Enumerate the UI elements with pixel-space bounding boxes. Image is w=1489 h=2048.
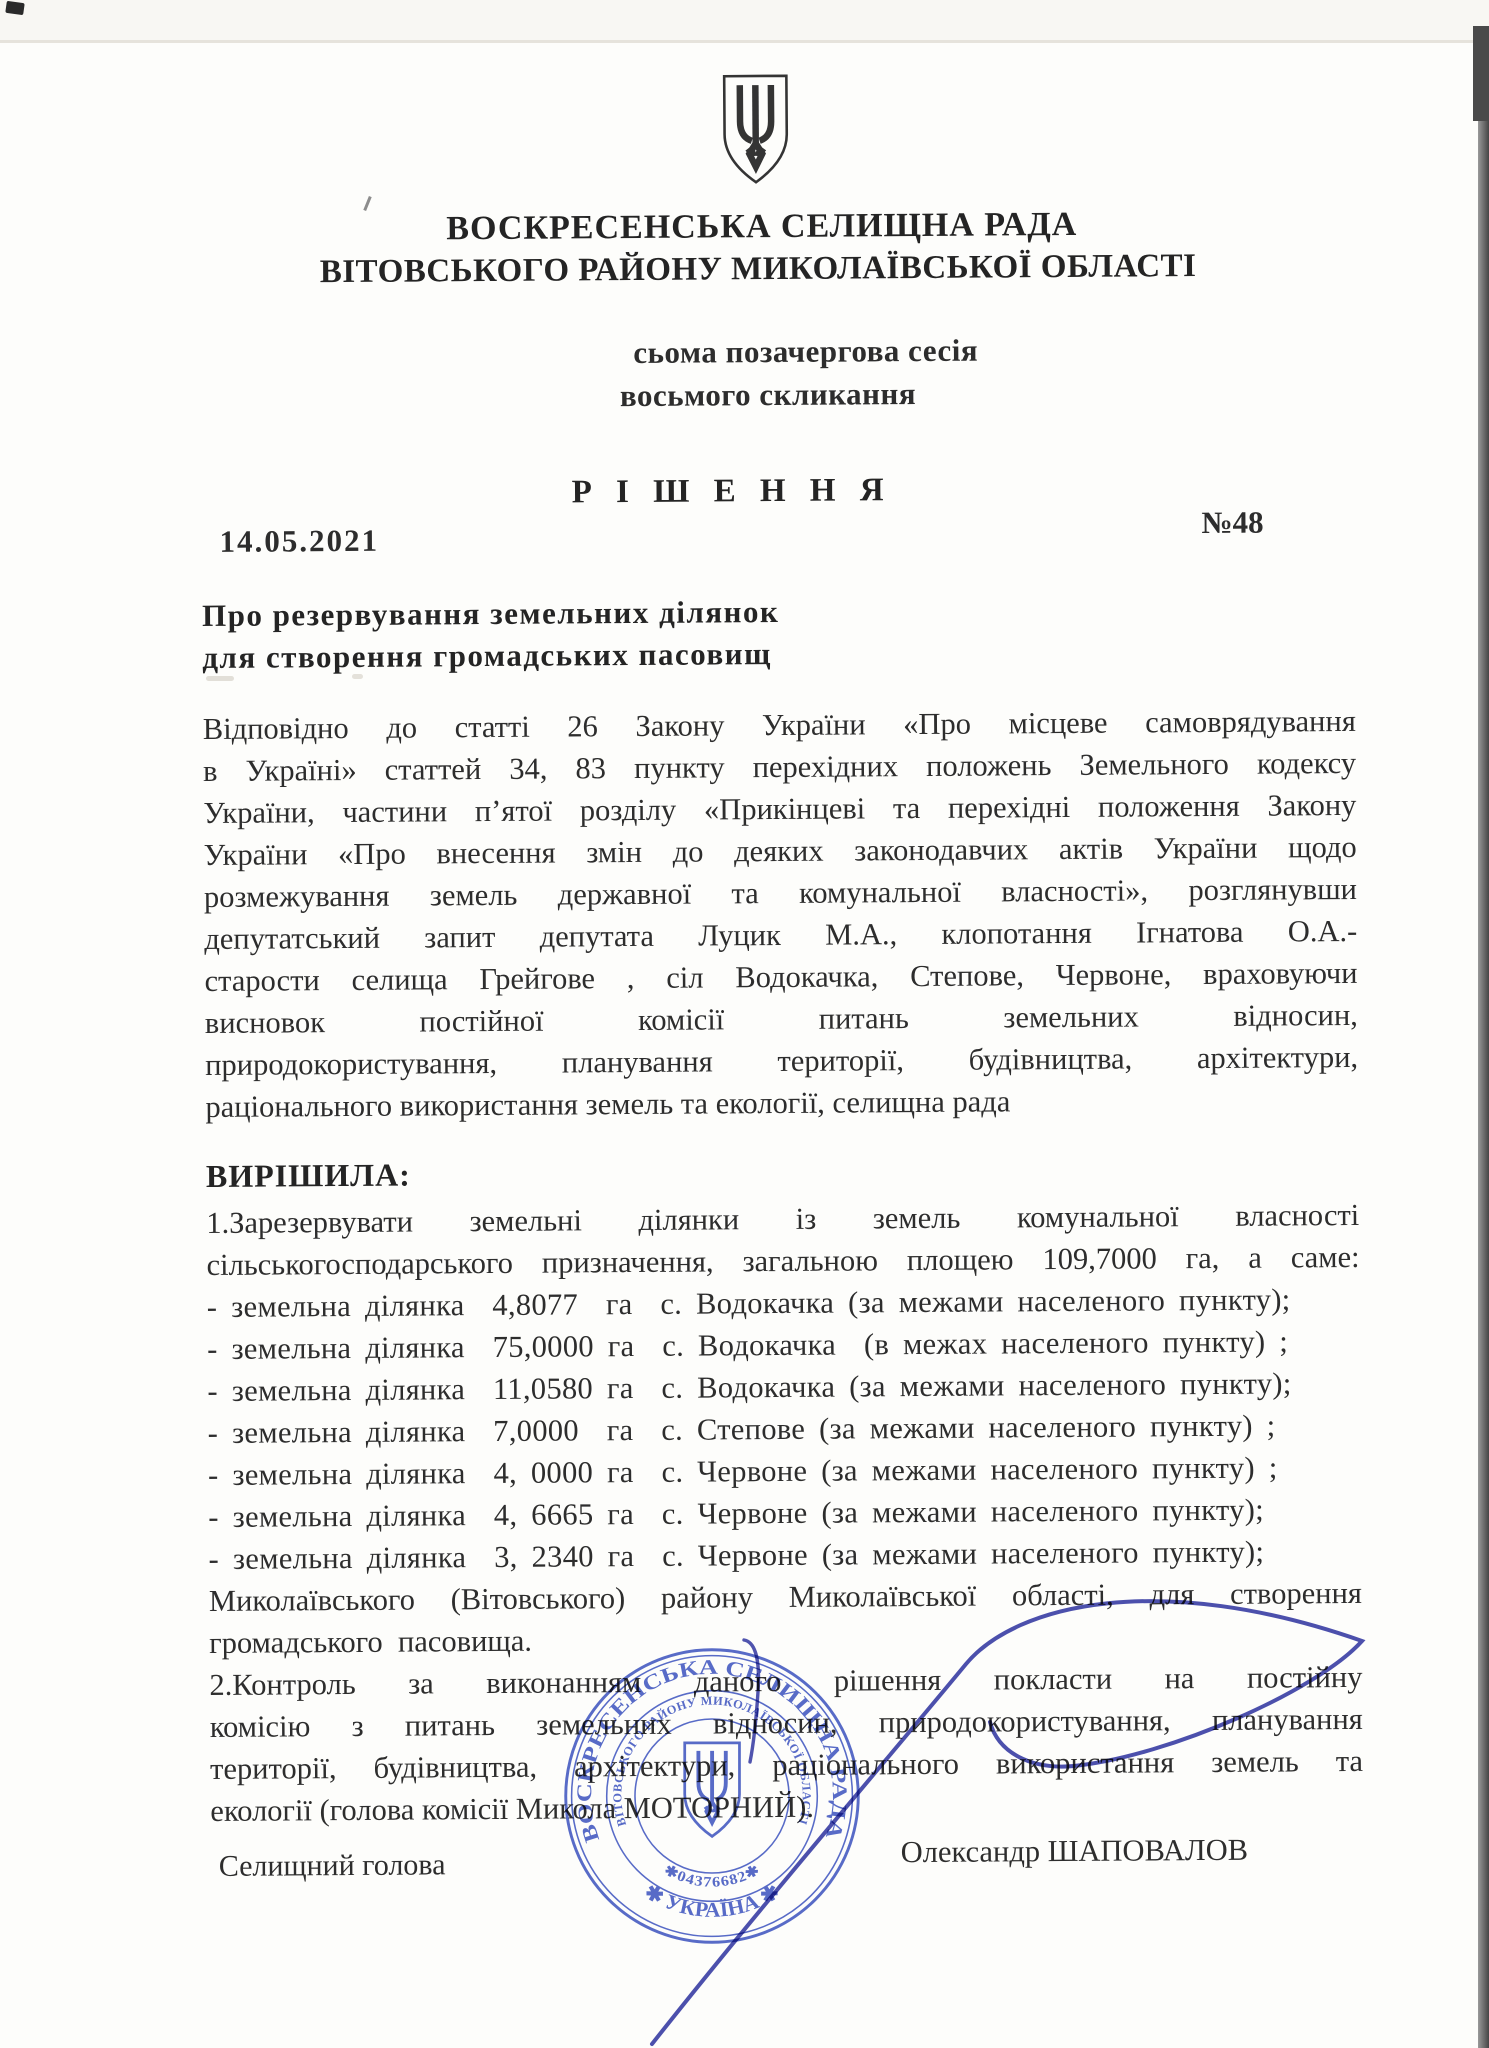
official-round-stamp: ВОСКРЕСЕНСЬКА СЕЛИЩНА РАДА ✱ УКРАЇНА ✱ В…: [556, 1640, 868, 1952]
document-date: 14.05.2021: [219, 523, 379, 560]
preamble-paragraph: Відповідно до статті 26 Закону України «…: [203, 700, 1359, 1086]
scan-edge-strip: [1478, 26, 1489, 2048]
session-line2: восьмого скликання: [191, 373, 1344, 417]
stamp-code-text: ✱04376682✱: [661, 1862, 763, 1891]
scanned-document-page: ВОСКРЕСЕНСЬКА СЕЛИЩНА РАДА ВІТОВСЬКОГО Р…: [0, 0, 1489, 2048]
scan-edge-blot: [1473, 26, 1489, 121]
ukraine-trident-emblem: [716, 72, 795, 187]
preamble-last-line: раціонального використання земель та еко…: [205, 1078, 1358, 1128]
land-plot-list: - земельна ділянка 4,8077 га с. Водокачк…: [207, 1278, 1362, 1580]
resolution-item-1: 1.Зарезервувати земельні ділянки із земе…: [206, 1194, 1360, 1286]
scan-corner-mark: [5, 1, 24, 15]
svg-text:✱04376682✱: ✱04376682✱: [661, 1862, 763, 1891]
signer-position: Селищний голова: [219, 1848, 446, 1884]
stamp-trident-icon: [685, 1743, 740, 1837]
org-name-line2: ВІТОВСЬКОГО РАЙОНУ МИКОЛАЇВСЬКОЇ ОБЛАСТІ: [181, 247, 1334, 292]
subject-line1: Про резервування земельних ділянок: [202, 590, 1355, 634]
signer-name: Олександр ШАПОВАЛОВ: [901, 1833, 1249, 1870]
document-number: №48: [1201, 505, 1263, 541]
document-type-title: Р І Ш Е Н Н Я: [155, 469, 1308, 514]
resolution-heading: ВИРІШИЛА:: [206, 1150, 1359, 1195]
org-name-line1: ВОСКРЕСЕНСЬКА СЕЛИЩНА РАДА: [185, 204, 1338, 250]
subject-line2: для створення громадських пасовищ: [202, 632, 1355, 676]
session-line1: сьома позачергова сесія: [229, 330, 1382, 374]
